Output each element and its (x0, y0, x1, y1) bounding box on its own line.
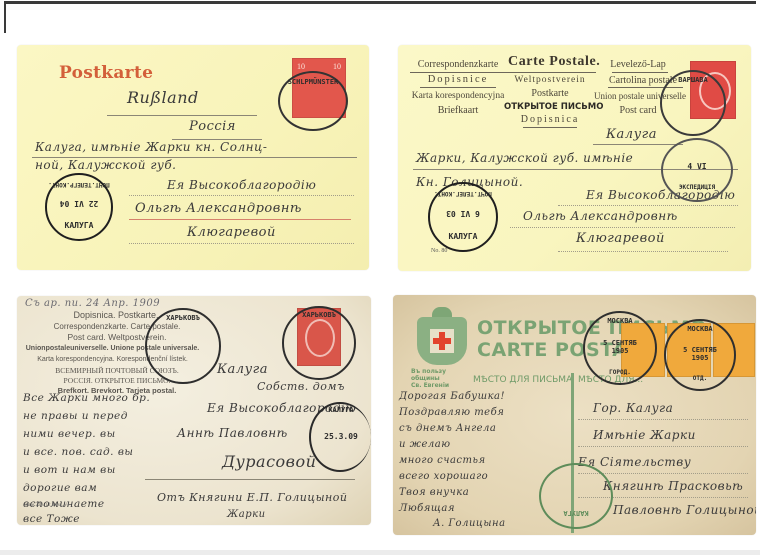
postmark-arrival: КАЛУГА 25.3.09 (309, 402, 371, 472)
message-line: Поздравляю тебя (399, 407, 504, 418)
postmark-departure: SCHLPMÜNSTER (278, 71, 348, 131)
header-text: Karta korespondencyjna (398, 91, 518, 101)
frame-left-border (4, 1, 6, 33)
message-line: съ днемъ Ангела (399, 423, 496, 434)
message-line: и вот и нам вы (23, 464, 116, 476)
header-text: Postkarte (504, 88, 596, 99)
red-cross-emblem-icon (413, 307, 471, 367)
message-line: и желаю (399, 439, 451, 450)
address-line: Ольгѣ Александровнѣ (135, 201, 302, 216)
postmark-arrival: ПОЧТ.ТЕЛЕГР.КОНТ. 22 VI 04 КАЛУГА (45, 173, 113, 241)
message-line: все Тоже (23, 513, 80, 525)
address-line: Клюгаревой (187, 225, 276, 240)
message-line: дорогие вам (23, 482, 97, 494)
header-text: Dopisnica (504, 114, 596, 125)
address-line: Калуга, имѣніе Жарки кн. Солнц- (35, 140, 267, 154)
address-line: Ольгѣ Александровнѣ (523, 209, 678, 223)
address-line: Павловнѣ Голицыной (613, 503, 756, 517)
address-line: Клюгаревой (576, 231, 665, 246)
postmark-transit: 4 VI ЭКСПЕДИЦІЯ (661, 138, 733, 202)
message-line: Все Жарки много бр. (23, 392, 150, 404)
message-line: много счастья (399, 455, 486, 466)
header-title: Carte Postale. (508, 54, 593, 70)
series-number: Serie 229. 12 Dess. VI (24, 503, 69, 508)
address-line: Собств. домъ (257, 380, 345, 393)
postcard-3: Съ ар. пи. 24 Апр. 1909 Dopisnica. Postk… (17, 296, 371, 525)
postmark-departure: ХАРЬКОВЪ (282, 306, 356, 380)
message-area-label: МѢСТО ДЛЯ ПИСЬМА (473, 375, 572, 385)
message-line: ними вечер. вы (23, 428, 116, 440)
address-line: Rußland (127, 88, 199, 107)
message-line: Дорогая Бабушка! (399, 391, 505, 402)
address-line: Княгинѣ Прасковьѣ (603, 479, 743, 493)
address-line: Аннѣ Павловнѣ (177, 426, 288, 440)
card-header: Postkarte (59, 63, 153, 83)
address-line: ной, Калужской губ. (35, 158, 177, 172)
header-text: Levelező-Lap (593, 59, 683, 70)
postmark-left: ХАРЬКОВЪ (145, 308, 221, 384)
sender-line: Отъ Княгини Е.П. Голицыной (157, 491, 347, 504)
address-line: Жарки, Калужской губ. имѣніе (416, 151, 633, 165)
address-line: Калуга (606, 127, 657, 142)
date-note: Съ ар. пи. 24 Апр. 1909 (25, 298, 160, 309)
header-text: ОТКРЫТОЕ ПИСЬМО (504, 102, 596, 112)
message-line: Любящая (399, 503, 455, 514)
postmark-departure: МОСКВА 5 СЕНТЯБ 1905 ГОРОД. (583, 311, 657, 385)
postmark-arrival: КАЛУГА (539, 463, 613, 529)
address-line: Калуга (217, 362, 268, 377)
address-line: Имѣніе Жарки (593, 428, 696, 442)
message-line: не правы и перед (23, 410, 128, 422)
postmark-departure: МОСКВА 5 СЕНТЯБ 1905 ОТД. (664, 319, 736, 391)
message-line: Твоя внучка (399, 487, 469, 498)
frame-bottom-strip (0, 550, 760, 555)
card-number: No. 80 (431, 248, 447, 254)
address-line: Дурасовой (222, 452, 316, 471)
postcard-4: Въ пользу общины Св. Евгеніи ОТКРЫТОЕ ПИ… (393, 295, 756, 535)
message-line: А. Голицына (433, 518, 506, 529)
header-text: Weltpostverein (504, 75, 596, 85)
message-line: и все. пов. сад. вы (23, 446, 134, 458)
frame-top-border (4, 1, 756, 4)
sender-line: Жарки (227, 509, 266, 520)
header-text: Correspondenzkarte (408, 59, 508, 70)
header-text: Briefkaart (408, 105, 508, 116)
postmark-arrival: ПОЧТ.ТЕЛЕГ.КОНТ. 6 VI 03 КАЛУГА (428, 182, 498, 252)
message-line: всего хорошаго (399, 471, 488, 482)
header-text: Dopisnice (408, 74, 508, 85)
address-line: Гор. Калуга (593, 401, 673, 415)
postmark-departure: ВАРШАВА (660, 70, 726, 136)
postcard-2: Correspondenzkarte Dopisnice Karta kores… (398, 45, 751, 271)
postcard-1: Postkarte 10 10 SCHLPMÜNSTER Rußland Рос… (17, 45, 369, 270)
address-line: Россія (189, 119, 236, 134)
address-line: Ея Высокоблагородію (167, 178, 316, 192)
